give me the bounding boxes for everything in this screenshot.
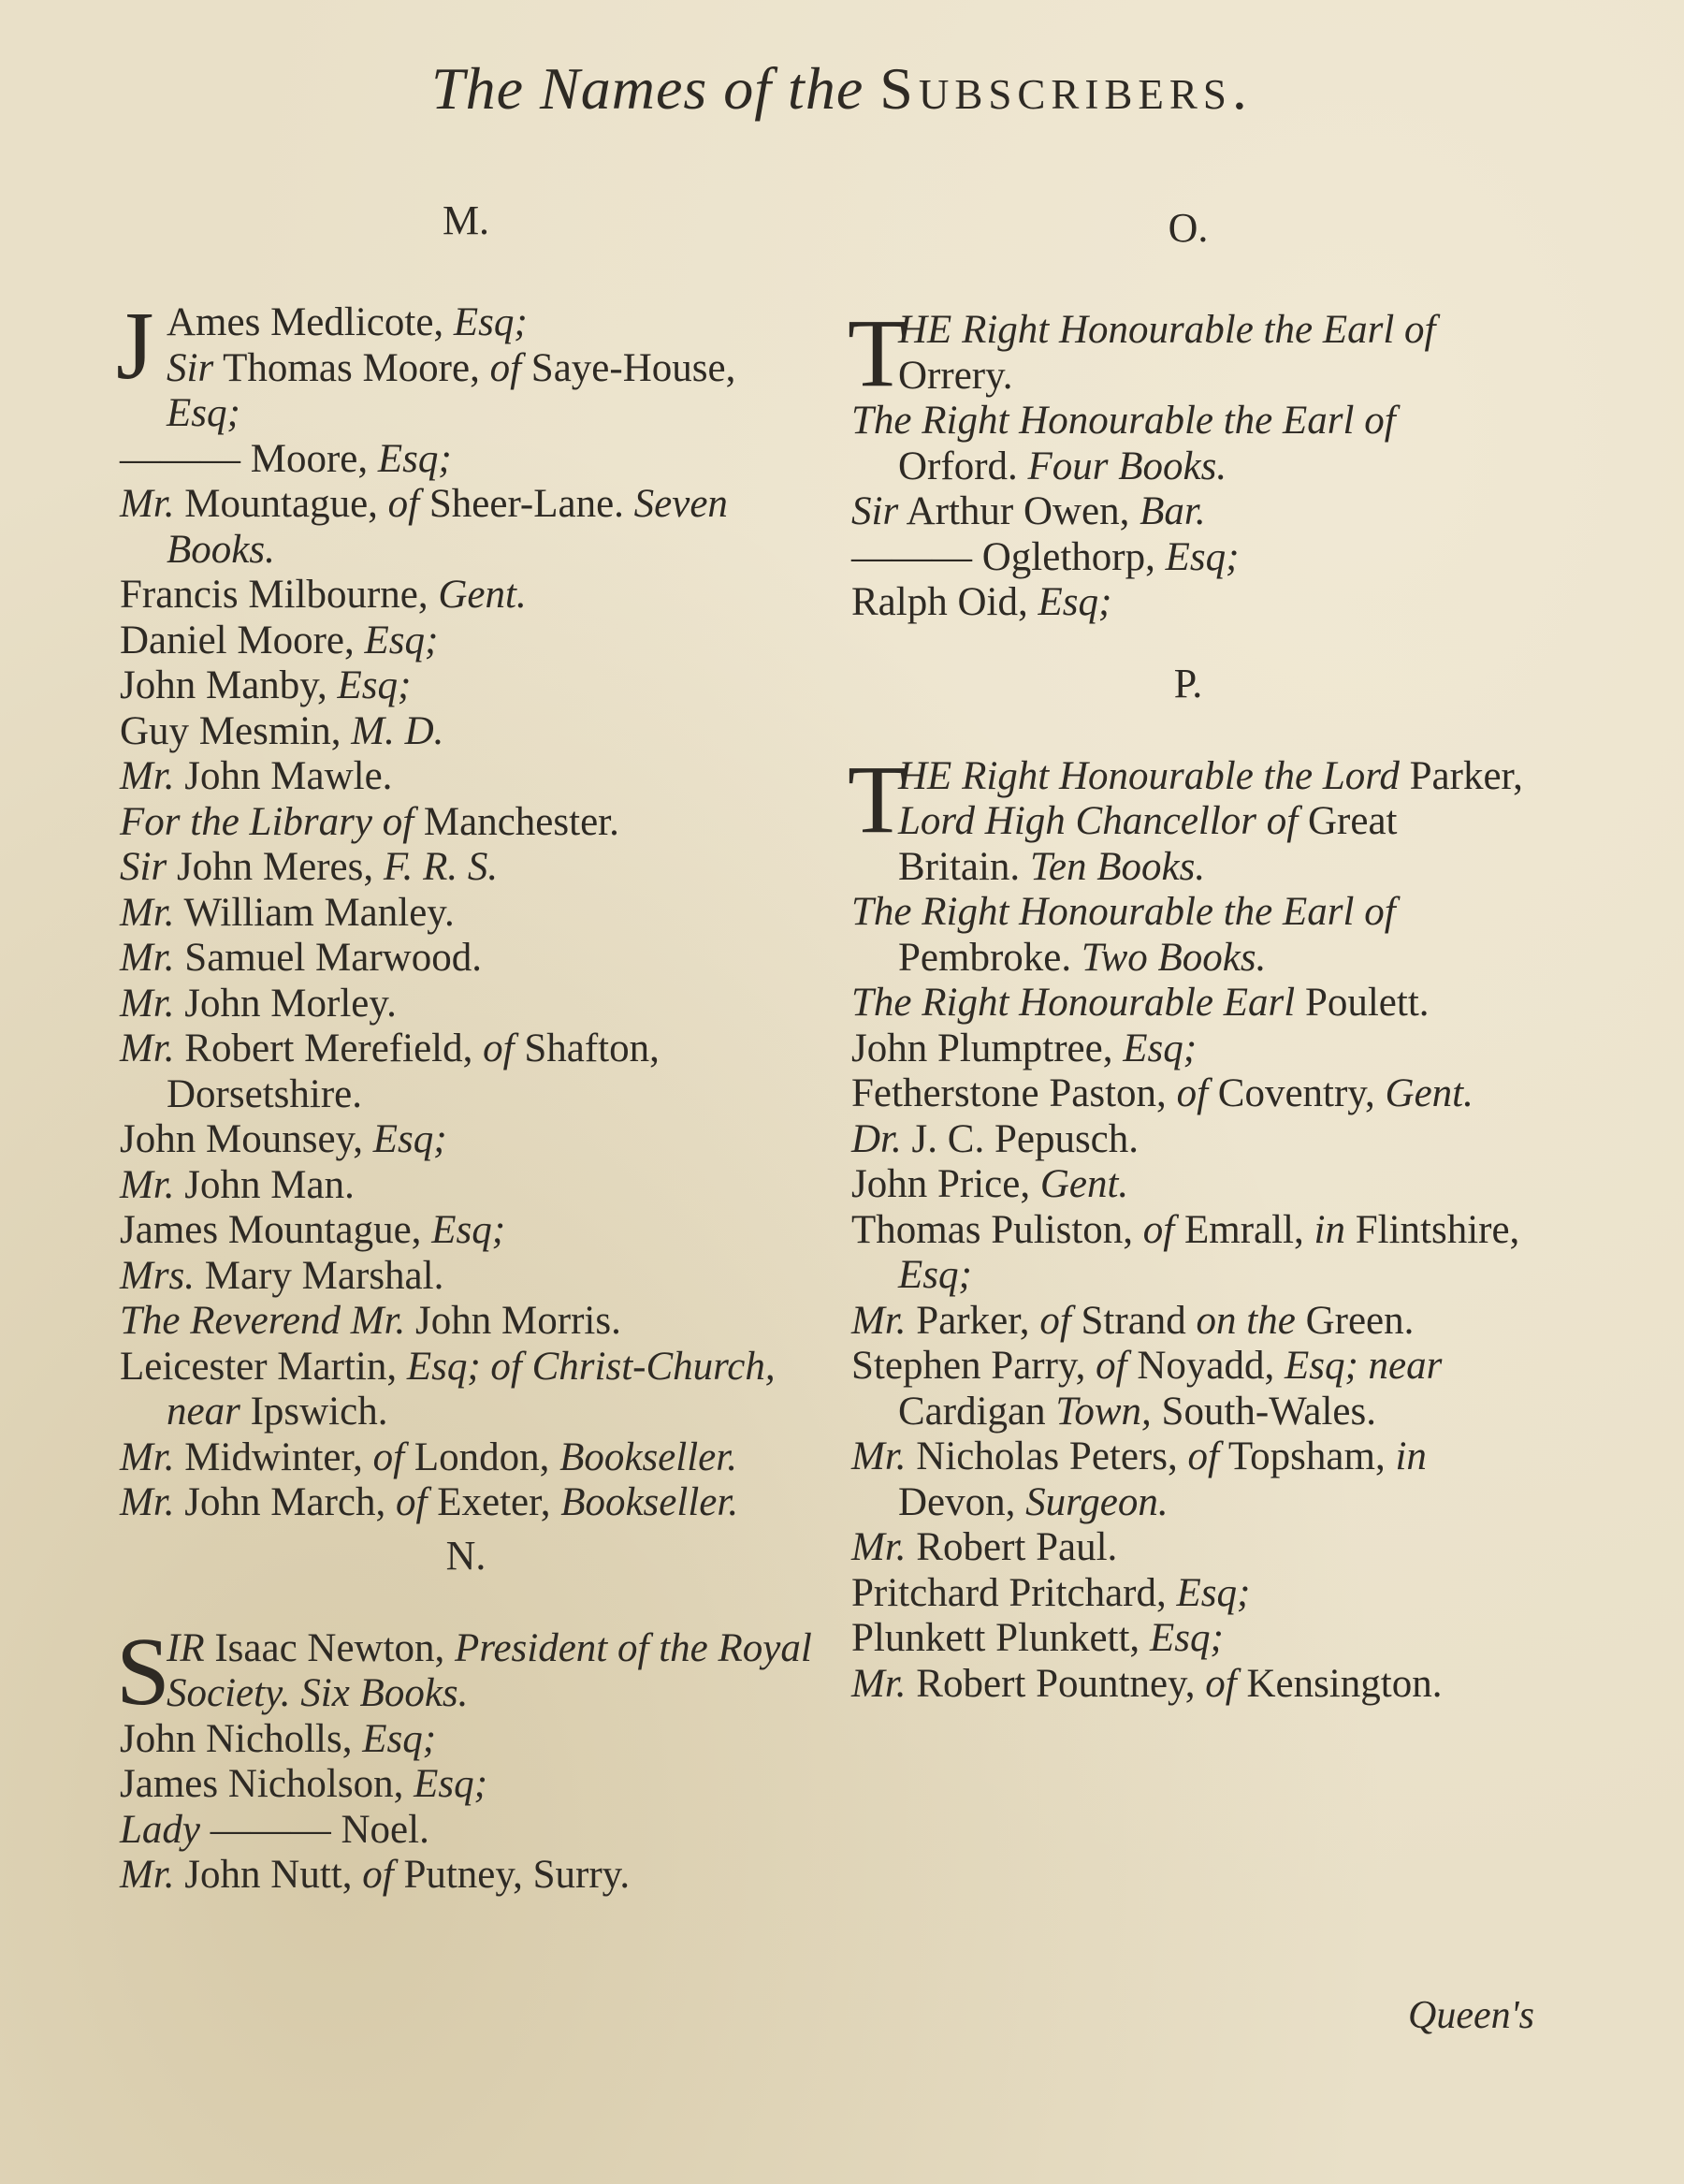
subscriber-entry: Mr. John Morley. xyxy=(120,982,812,1027)
subscriber-entry: Plunkett Plunkett, Esq; xyxy=(851,1616,1525,1662)
subscriber-entry: Mr. Mountague, of Sheer-Lane. Seven Book… xyxy=(120,482,812,573)
subscriber-entry: ——— Oglethorp, Esq; xyxy=(851,535,1525,581)
section-heading-m: M. xyxy=(120,197,812,244)
first-entry-n: S IR Isaac Newton, President of the Roya… xyxy=(120,1626,812,1717)
subscriber-entry: Mr. William Manley. xyxy=(120,891,812,937)
subscriber-entry: James Mountague, Esq; xyxy=(120,1208,812,1254)
subscriber-entry: John Plumptree, Esq; xyxy=(851,1026,1525,1072)
subscriber-entry: Guy Mesmin, M. D. xyxy=(120,709,812,755)
subscriber-entry: For the Library of Manchester. xyxy=(120,800,812,846)
first-entry-o: T HE Right Honourable the Earl of Orrery… xyxy=(851,308,1525,399)
drop-cap: T xyxy=(848,758,907,842)
subscriber-entry: Pritchard Pritchard, Esq; xyxy=(851,1571,1525,1617)
subscriber-entry: Mrs. Mary Marshal. xyxy=(120,1254,812,1300)
subscriber-entry: Dr. J. C. Pepusch. xyxy=(851,1117,1525,1163)
subscriber-entry: John Price, Gent. xyxy=(851,1162,1525,1208)
title-italic: The Names of the xyxy=(431,55,864,122)
subscriber-entry: Mr. Parker, of Strand on the Green. xyxy=(851,1299,1525,1345)
subscriber-entry: Sir Arthur Owen, Bar. xyxy=(851,489,1525,535)
subscriber-entry: John Manby, Esq; xyxy=(120,663,812,709)
first-entry-m: J Ames Medlicote, Esq;Sir Thomas Moore, … xyxy=(120,300,812,437)
subscriber-entry: John Nicholls, Esq; xyxy=(120,1717,812,1763)
subscriber-entry: Stephen Parry, of Noyadd, Esq; near Card… xyxy=(851,1344,1525,1434)
subscriber-entry: Mr. John Mawle. xyxy=(120,754,812,800)
subscriber-entry: Mr. Robert Merefield, of Shafton, Dorset… xyxy=(120,1026,812,1117)
section-heading-n: N. xyxy=(120,1532,812,1580)
subscriber-entry: Daniel Moore, Esq; xyxy=(120,619,812,664)
subscriber-entry: Mr. Robert Pountney, of Kensington. xyxy=(851,1662,1525,1708)
subscriber-entry: John Mounsey, Esq; xyxy=(120,1117,812,1163)
drop-cap: S xyxy=(116,1630,170,1714)
section-heading-o: O. xyxy=(851,204,1525,252)
entry-list-p: The Right Honourable the Earl of Pembrok… xyxy=(851,890,1525,1707)
drop-cap: T xyxy=(848,312,907,396)
subscriber-entry: The Right Honourable Earl Poulett. xyxy=(851,981,1525,1026)
entry-list-o: The Right Honourable the Earl of Orford.… xyxy=(851,399,1525,626)
subscriber-entry: Mr. John Nutt, of Putney, Surry. xyxy=(120,1853,812,1899)
entry-text: IR Isaac Newton, President of the Royal … xyxy=(167,1626,812,1716)
section-heading-p: P. xyxy=(851,660,1525,707)
subscriber-entry: The Reverend Mr. John Morris. xyxy=(120,1299,812,1345)
subscriber-entry: Mr. Robert Paul. xyxy=(851,1525,1525,1571)
subscriber-entry: Thomas Puliston, of Emrall, in Flintshir… xyxy=(851,1208,1525,1299)
subscriber-entry: Ralph Oid, Esq; xyxy=(851,580,1525,626)
subscriber-entry: Mr. John March, of Exeter, Bookseller. xyxy=(120,1480,812,1526)
first-entry-p: T HE Right Honourable the Lord Parker, L… xyxy=(851,754,1525,891)
entry-list-m: ——— Moore, Esq;Mr. Mountague, of Sheer-L… xyxy=(120,437,812,1526)
entry-text: HE Right Honourable the Earl of Orrery. xyxy=(898,308,1435,398)
subscriber-entry: Mr. Samuel Marwood. xyxy=(120,936,812,982)
title-caps: Subscribers. xyxy=(879,55,1253,122)
subscriber-entry: James Nicholson, Esq; xyxy=(120,1762,812,1808)
subscriber-entry: Fetherstone Paston, of Coventry, Gent. xyxy=(851,1071,1525,1117)
subscriber-entry: The Right Honourable the Earl of Pembrok… xyxy=(851,890,1525,981)
entry-text: HE Right Honourable the Lord Parker, Lor… xyxy=(898,754,1523,889)
right-column: O. T HE Right Honourable the Earl of Orr… xyxy=(851,178,1525,1707)
page-title: The Names of the Subscribers. xyxy=(0,54,1684,124)
subscriber-entry: ——— Moore, Esq; xyxy=(120,437,812,483)
subscriber-entry: Leicester Martin, Esq; of Christ-Church,… xyxy=(120,1345,812,1435)
entry-text: Ames Medlicote, Esq;Sir Thomas Moore, of… xyxy=(167,300,735,435)
subscriber-entry: Francis Milbourne, Gent. xyxy=(120,573,812,619)
subscriber-entry: Mr. John Man. xyxy=(120,1163,812,1209)
drop-cap: J xyxy=(116,304,153,388)
subscriber-entry: Mr. Nicholas Peters, of Topsham, in Devo… xyxy=(851,1434,1525,1525)
subscriber-entry: Mr. Midwinter, of London, Bookseller. xyxy=(120,1435,812,1481)
entry-list-n: John Nicholls, Esq;James Nicholson, Esq;… xyxy=(120,1717,812,1899)
left-column: M. J Ames Medlicote, Esq;Sir Thomas Moor… xyxy=(120,178,812,1899)
catchword: Queen's xyxy=(1408,1993,1534,2038)
subscriber-entry: Sir John Meres, F. R. S. xyxy=(120,845,812,891)
subscriber-entry: The Right Honourable the Earl of Orford.… xyxy=(851,399,1525,489)
subscriber-entry: Lady ——— Noel. xyxy=(120,1808,812,1854)
